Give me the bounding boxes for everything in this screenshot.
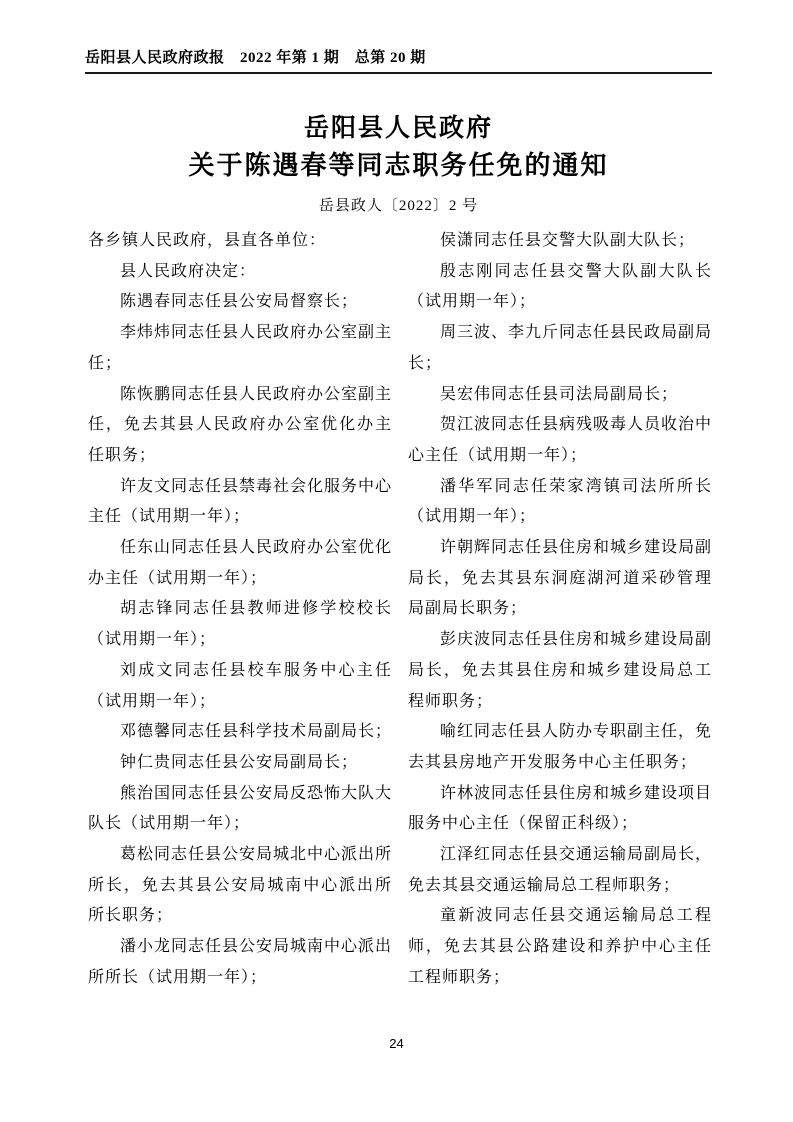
- issuer-title: 岳阳县人民政府: [85, 112, 712, 146]
- paragraph: 贺江波同志任县病残吸毒人员收治中心主任（试用期一年）；: [408, 410, 712, 471]
- paragraph: 钟仁贵同志任县公安局副局长；: [88, 748, 392, 779]
- title-block: 岳阳县人民政府 关于陈遇春等同志职务任免的通知 岳县政人〔2022〕2 号: [85, 112, 712, 216]
- paragraph: 葛松同志任县公安局城北中心派出所所长，免去其县公安局城南中心派出所所长职务；: [88, 840, 392, 932]
- header-rule: [85, 72, 712, 74]
- paragraph: 刘成文同志任县校车服务中心主任（试用期一年）；: [88, 656, 392, 717]
- right-column: 侯潇同志任县交警大队副大队长； 殷志刚同志任县交警大队副大队长（试用期一年）； …: [408, 226, 712, 994]
- masthead-text: 岳阳县人民政府政报 2022 年第 1 期 总第 20 期: [85, 46, 712, 72]
- paragraph: 殷志刚同志任县交警大队副大队长（试用期一年）；: [408, 257, 712, 318]
- paragraph: 彭庆波同志任县住房和城乡建设局副局长，免去其县住房和城乡建设局总工程师职务；: [408, 625, 712, 717]
- paragraph: 各乡镇人民政府，县直各单位：: [88, 226, 392, 257]
- paragraph: 陈遇春同志任县公安局督察长；: [88, 287, 392, 318]
- paragraph: 李炜炜同志任县人民政府办公室副主任；: [88, 318, 392, 379]
- paragraph: 江泽红同志任县交通运输局副局长，免去其县交通运输局总工程师职务；: [408, 840, 712, 901]
- page-number: 24: [389, 1036, 403, 1051]
- notice-title: 关于陈遇春等同志职务任免的通知: [85, 148, 712, 184]
- gazette-page: 岳阳县人民政府政报 2022 年第 1 期 总第 20 期 岳阳县人民政府 关于…: [0, 0, 793, 1122]
- paragraph: 潘华军同志任荣家湾镇司法所所长（试用期一年）；: [408, 472, 712, 533]
- page-footer: 24: [0, 1036, 793, 1051]
- paragraph: 潘小龙同志任县公安局城南中心派出所所长（试用期一年）；: [88, 932, 392, 993]
- page-header: 岳阳县人民政府政报 2022 年第 1 期 总第 20 期: [85, 46, 712, 74]
- paragraph: 胡志锋同志任县教师进修学校校长（试用期一年）；: [88, 594, 392, 655]
- paragraph: 陈恢鹏同志任县人民政府办公室副主任，免去其县人民政府办公室优化办主任职务；: [88, 380, 392, 472]
- paragraph: 喻红同志任县人防办专职副主任，免去其县房地产开发服务中心主任职务；: [408, 717, 712, 778]
- paragraph: 县人民政府决定：: [88, 257, 392, 288]
- paragraph: 侯潇同志任县交警大队副大队长；: [408, 226, 712, 257]
- paragraph: 熊治国同志任县公安局反恐怖大队大队长（试用期一年）；: [88, 779, 392, 840]
- paragraph: 邓德馨同志任县科学技术局副局长；: [88, 717, 392, 748]
- paragraph: 许朝辉同志任县住房和城乡建设局副局长，免去其县东洞庭湖河道采砂管理局副局长职务；: [408, 533, 712, 625]
- paragraph: 吴宏伟同志任县司法局副局长；: [408, 380, 712, 411]
- paragraph: 童新波同志任县交通运输局总工程师，免去其县公路建设和养护中心主任工程师职务；: [408, 901, 712, 993]
- left-column: 各乡镇人民政府，县直各单位： 县人民政府决定： 陈遇春同志任县公安局督察长； 李…: [88, 226, 392, 994]
- paragraph: 许友文同志任县禁毒社会化服务中心主任（试用期一年）；: [88, 472, 392, 533]
- paragraph: 任东山同志任县人民政府办公室优化办主任（试用期一年）；: [88, 533, 392, 594]
- paragraph: 许林波同志任县住房和城乡建设项目服务中心主任（保留正科级）；: [408, 779, 712, 840]
- doc-number: 岳县政人〔2022〕2 号: [85, 196, 712, 216]
- body-columns: 各乡镇人民政府，县直各单位： 县人民政府决定： 陈遇春同志任县公安局督察长； 李…: [88, 226, 712, 994]
- paragraph: 周三波、李九斤同志任县民政局副局长；: [408, 318, 712, 379]
